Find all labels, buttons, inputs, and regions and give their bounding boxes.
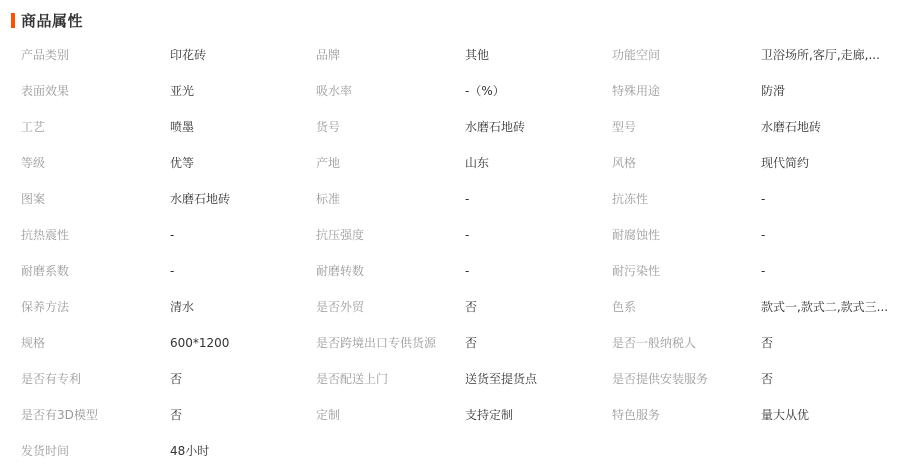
attribute-value: 否	[761, 361, 889, 397]
attribute-value: 亚光	[170, 73, 298, 109]
attribute-label: 保养方法	[21, 289, 161, 325]
attribute-value: -	[465, 181, 593, 217]
attribute-label: 货号	[316, 109, 456, 145]
attribute-label: 是否提供安装服务	[612, 361, 752, 397]
attribute-value: -	[465, 217, 593, 253]
attribute-label: 吸水率	[316, 73, 456, 109]
attribute-row: 抗热震性-抗压强度-耐腐蚀性-	[0, 217, 907, 253]
attribute-label: 型号	[612, 109, 752, 145]
attribute-row: 图案水磨石地砖标准-抗冻性-	[0, 181, 907, 217]
attribute-value: -	[170, 217, 298, 253]
attribute-label: 定制	[316, 397, 456, 433]
attribute-value: -	[465, 253, 593, 289]
attribute-row: 等级优等产地山东风格现代简约	[0, 145, 907, 181]
attribute-label: 工艺	[21, 109, 161, 145]
attribute-label: 耐磨系数	[21, 253, 161, 289]
attribute-value: 否	[761, 325, 889, 361]
accent-bar	[11, 13, 15, 28]
attribute-label: 风格	[612, 145, 752, 181]
attribute-value: 水磨石地砖	[170, 181, 298, 217]
attribute-value: 水磨石地砖	[465, 109, 593, 145]
attribute-label: 是否一般纳税人	[612, 325, 752, 361]
attribute-label: 功能空间	[612, 37, 752, 73]
attribute-row: 耐磨系数-耐磨转数-耐污染性-	[0, 253, 907, 289]
attribute-label: 抗压强度	[316, 217, 456, 253]
attribute-value: 喷墨	[170, 109, 298, 145]
attribute-value: -	[761, 253, 889, 289]
attribute-value: -	[761, 181, 889, 217]
attribute-value: 送货至提货点	[465, 361, 593, 397]
attribute-row: 发货时间48小时	[0, 433, 907, 466]
attribute-value: 600*1200	[170, 325, 298, 361]
attribute-value: 印花砖	[170, 37, 298, 73]
attribute-label: 产地	[316, 145, 456, 181]
attribute-label: 耐污染性	[612, 253, 752, 289]
attribute-value: 48小时	[170, 433, 298, 466]
attribute-value: 其他	[465, 37, 593, 73]
attribute-label: 产品类别	[21, 37, 161, 73]
attribute-row: 规格600*1200是否跨境出口专供货源否是否一般纳税人否	[0, 325, 907, 361]
attribute-label: 是否有专利	[21, 361, 161, 397]
attribute-label: 耐腐蚀性	[612, 217, 752, 253]
attribute-value: 清水	[170, 289, 298, 325]
attribute-label: 耐磨转数	[316, 253, 456, 289]
attribute-row: 是否有3D模型否定制支持定制特色服务量大从优	[0, 397, 907, 433]
attribute-value: 山东	[465, 145, 593, 181]
attributes-grid: 产品类别印花砖品牌其他功能空间卫浴场所,客厅,走廊,...表面效果亚光吸水率-（…	[0, 37, 907, 466]
attribute-label: 图案	[21, 181, 161, 217]
attribute-row: 工艺喷墨货号水磨石地砖型号水磨石地砖	[0, 109, 907, 145]
attribute-label: 是否跨境出口专供货源	[316, 325, 456, 361]
attribute-value: 支持定制	[465, 397, 593, 433]
attribute-row: 产品类别印花砖品牌其他功能空间卫浴场所,客厅,走廊,...	[0, 37, 907, 73]
attribute-value: 否	[170, 361, 298, 397]
attribute-label: 规格	[21, 325, 161, 361]
attribute-value: -	[761, 217, 889, 253]
attribute-label: 发货时间	[21, 433, 161, 466]
attribute-label: 抗热震性	[21, 217, 161, 253]
attribute-row: 是否有专利否是否配送上门送货至提货点是否提供安装服务否	[0, 361, 907, 397]
attribute-value: 否	[465, 325, 593, 361]
attribute-label: 是否配送上门	[316, 361, 456, 397]
attribute-label: 是否有3D模型	[21, 397, 161, 433]
attribute-row: 表面效果亚光吸水率-（%）特殊用途防滑	[0, 73, 907, 109]
attribute-label: 标准	[316, 181, 456, 217]
attribute-label: 是否外贸	[316, 289, 456, 325]
attribute-value: -（%）	[465, 73, 593, 109]
attribute-value: 防滑	[761, 73, 889, 109]
attribute-value: 卫浴场所,客厅,走廊,...	[761, 37, 889, 73]
section-header: 商品属性	[11, 10, 83, 30]
section-title: 商品属性	[21, 10, 83, 31]
attribute-value: 优等	[170, 145, 298, 181]
attribute-label: 抗冻性	[612, 181, 752, 217]
attribute-label: 特色服务	[612, 397, 752, 433]
attribute-value: 否	[170, 397, 298, 433]
attribute-value: 款式一,款式二,款式三...	[761, 289, 889, 325]
attribute-value: 否	[465, 289, 593, 325]
attribute-label: 表面效果	[21, 73, 161, 109]
attribute-label: 色系	[612, 289, 752, 325]
attribute-value: 水磨石地砖	[761, 109, 889, 145]
attribute-label: 等级	[21, 145, 161, 181]
attribute-label: 特殊用途	[612, 73, 752, 109]
attribute-label: 品牌	[316, 37, 456, 73]
attribute-value: 量大从优	[761, 397, 889, 433]
attribute-value: 现代简约	[761, 145, 889, 181]
attribute-value: -	[170, 253, 298, 289]
product-attributes-section: 商品属性 产品类别印花砖品牌其他功能空间卫浴场所,客厅,走廊,...表面效果亚光…	[0, 0, 907, 466]
attribute-row: 保养方法清水是否外贸否色系款式一,款式二,款式三...	[0, 289, 907, 325]
